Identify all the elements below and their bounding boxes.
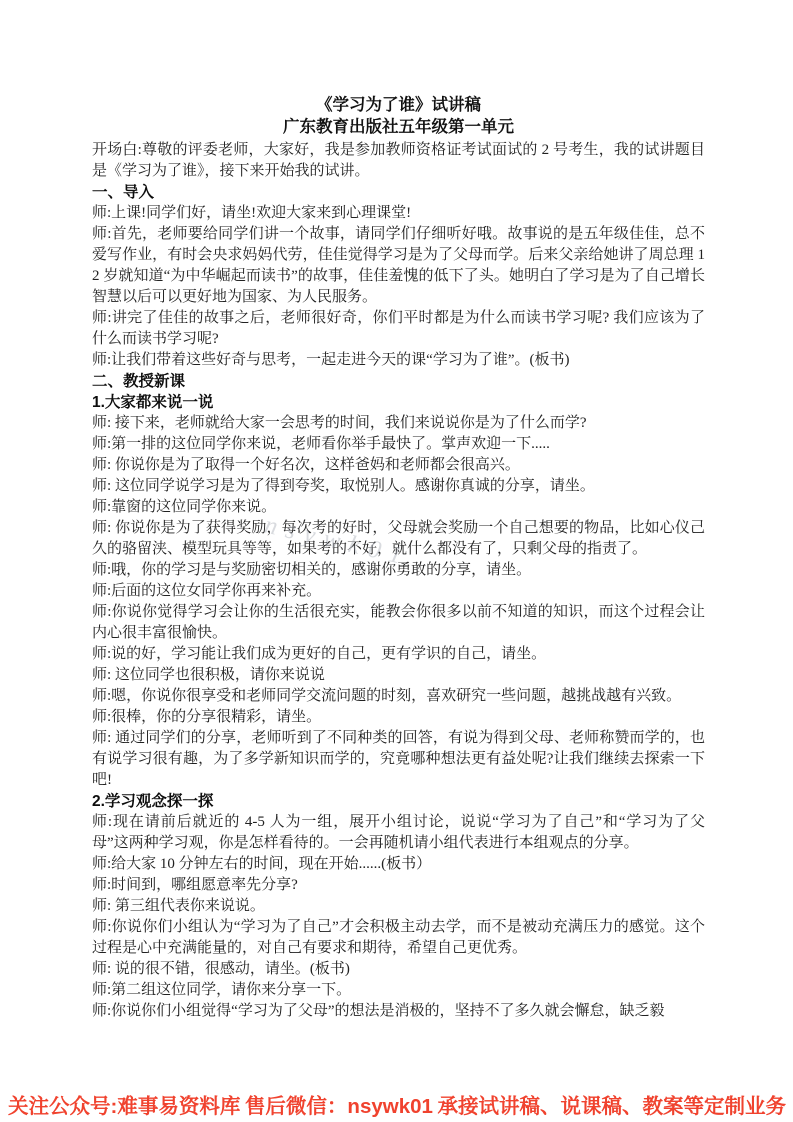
script-paragraph: 师:第一排的这位同学你来说，老师看你举手最快了。掌声欢迎一下..... (92, 434, 705, 455)
document-page: 《学习为了谁》试讲稿 广东教育出版社五年级第一单元 开场白:尊敬的评委老师，大家… (92, 94, 705, 1022)
script-paragraph: 师:第二组这位同学，请你来分享一下。 (92, 980, 705, 1001)
footer-public-account: 关注公众号:难事易资料库 (8, 1095, 240, 1119)
script-paragraph: 师:说的好，学习能让我们成为更好的自己，更有学识的自己，请坐。 (92, 644, 705, 665)
script-paragraph: 师:嗯，你说你很享受和老师同学交流问题的时刻，喜欢研究一些问题，越挑战越有兴致。 (92, 686, 705, 707)
footer-services: 承接试讲稿、说课稿、教案等定制业务 (438, 1095, 787, 1119)
script-paragraph: 师:让我们带着这些好奇与思考，一起走进今天的课“学习为了谁”。(板书) (92, 350, 705, 371)
script-paragraph: 师:讲完了佳佳的故事之后，老师很好奇，你们平时都是为什么而读书学习呢? 我们应该… (92, 308, 705, 350)
script-paragraph: 师:首先，老师要给同学们讲一个故事，请同学们仔细听好哦。故事说的是五年级佳佳，总… (92, 224, 705, 308)
script-paragraph: 师:上课!同学们好，请坐!欢迎大家来到心理课堂! (92, 203, 705, 224)
script-paragraph: 师: 说的很不错，很感动，请坐。(板书) (92, 959, 705, 980)
script-paragraph: 师:很棒，你的分享很精彩，请坐。 (92, 707, 705, 728)
script-paragraph: 师: 你说你是为了获得奖励，每次考的好时，父母就会奖励一个自己想要的物品，比如心… (92, 518, 705, 560)
script-paragraph: 师: 第三组代表你来说说。 (92, 896, 705, 917)
script-paragraph: 师:你说你们小组认为“学习为了自己”才会积极主动去学，而不是被动充满压力的感觉。… (92, 917, 705, 959)
script-paragraph: 师:你说你们小组觉得“学习为了父母”的想法是消极的，坚持不了多久就会懈怠，缺乏毅 (92, 1001, 705, 1022)
section-heading: 二、教授新课 (92, 371, 705, 392)
section-heading: 2.学习观念探一探 (92, 791, 705, 812)
script-paragraph: 师: 这位同学说学习是为了得到夸奖，取悦别人。感谢你真诚的分享，请坐。 (92, 476, 705, 497)
promo-footer: 关注公众号:难事易资料库 售后微信：nsywk01 承接试讲稿、说课稿、教案等定… (8, 1095, 786, 1119)
script-paragraph: 开场白:尊敬的评委老师，大家好，我是参加教师资格证考试面试的 2 号考生，我的试… (92, 140, 705, 182)
script-paragraph: 师:哦，你的学习是与奖励密切相关的，感谢你勇敢的分享，请坐。 (92, 560, 705, 581)
script-paragraph: 师:时间到，哪组愿意率先分享? (92, 875, 705, 896)
script-paragraph: 师: 你说你是为了取得一个好名次，这样爸妈和老师都会很高兴。 (92, 455, 705, 476)
script-paragraph: 师:你说你觉得学习会让你的生活很充实，能教会你很多以前不知道的知识，而这个过程会… (92, 602, 705, 644)
script-paragraph: 师: 接下来，老师就给大家一会思考的时间，我们来说说你是为了什么而学? (92, 413, 705, 434)
script-paragraph: 师:后面的这位女同学你再来补充。 (92, 581, 705, 602)
script-paragraph: 师: 通过同学们的分享，老师听到了不同种类的回答，有说为得到父母、老师称赞而学的… (92, 728, 705, 791)
script-paragraph: 师:现在请前后就近的 4-5 人为一组，展开小组讨论，说说“学习为了自己”和“学… (92, 812, 705, 854)
script-paragraph: 师:靠窗的这位同学你来说。 (92, 497, 705, 518)
doc-subtitle: 广东教育出版社五年级第一单元 (92, 116, 705, 138)
footer-wechat-id: 售后微信：nsywk01 (245, 1095, 433, 1119)
doc-title: 《学习为了谁》试讲稿 (92, 94, 705, 116)
doc-body: 开场白:尊敬的评委老师，大家好，我是参加教师资格证考试面试的 2 号考生，我的试… (92, 140, 705, 1022)
section-heading: 1.大家都来说一说 (92, 392, 705, 413)
script-paragraph: 师:给大家 10 分钟左右的时间，现在开始......(板书） (92, 854, 705, 875)
section-heading: 一、导入 (92, 182, 705, 203)
script-paragraph: 师: 这位同学也很积极，请你来说说 (92, 665, 705, 686)
